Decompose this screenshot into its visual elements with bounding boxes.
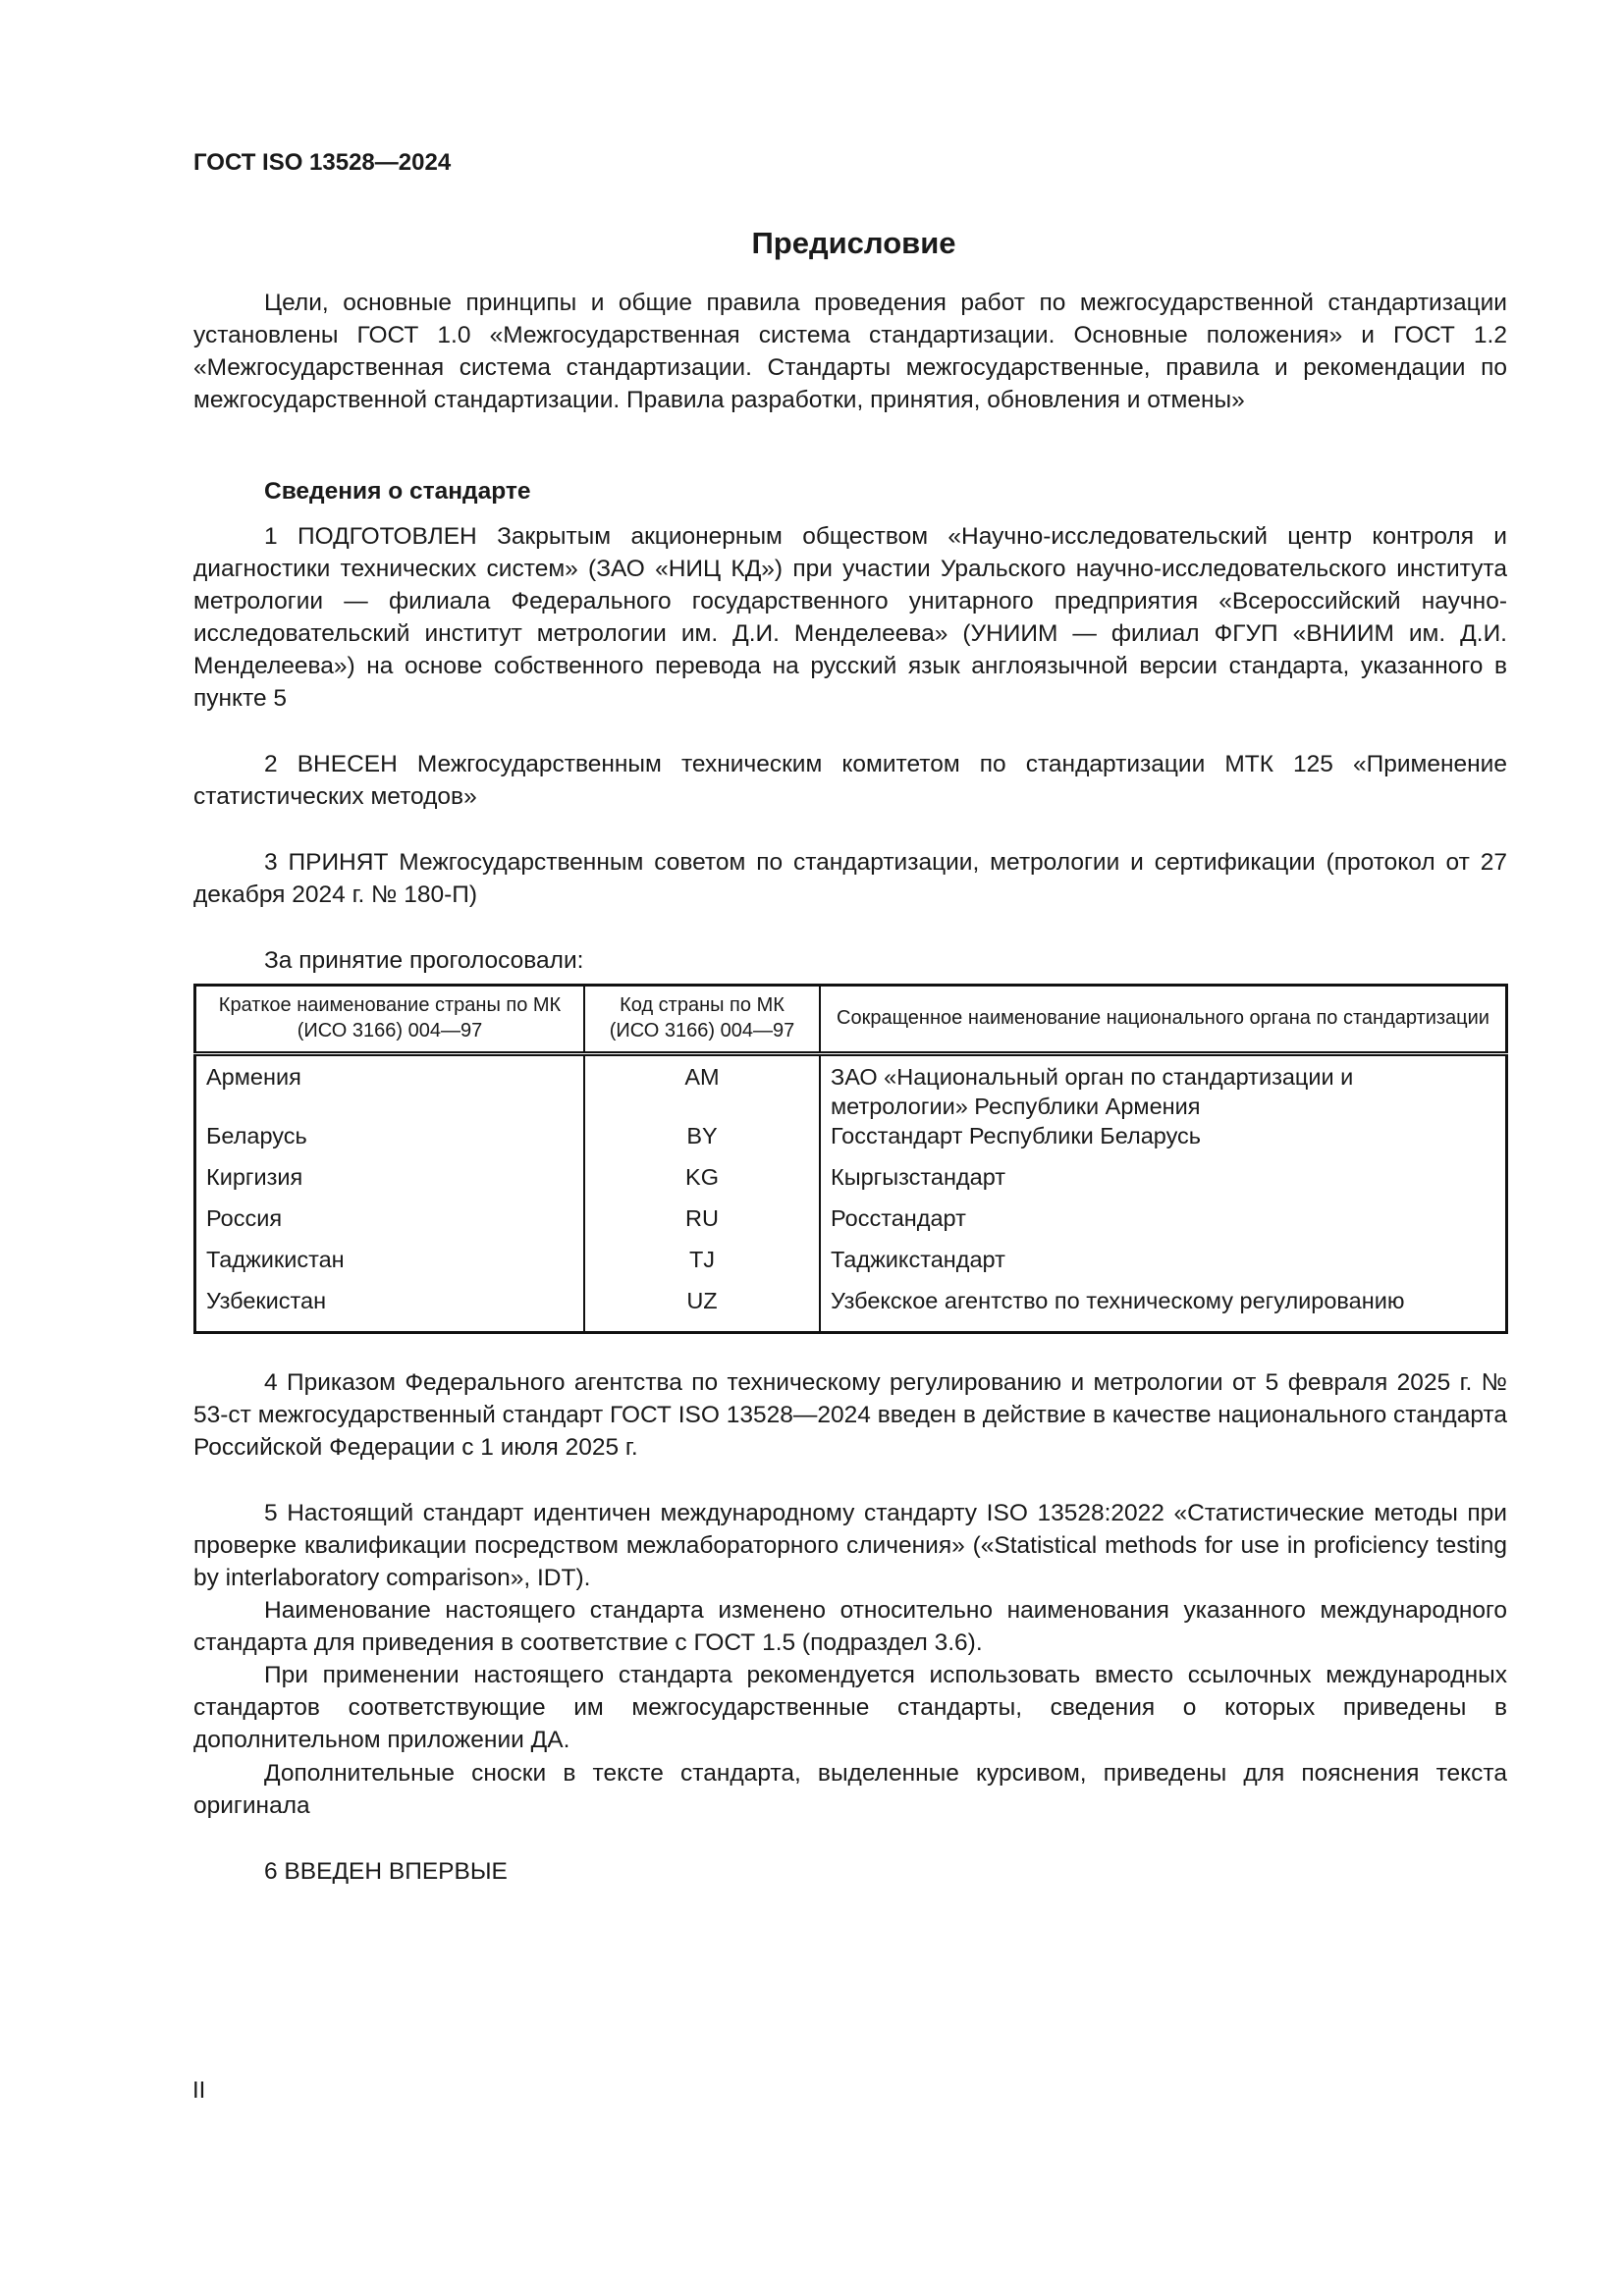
cell-country: Беларусь <box>195 1121 585 1162</box>
item-2-paragraph: 2 ВНЕСЕН Межгосударственным техническим … <box>193 748 1507 813</box>
cell-body: Узбекское агентство по техническому регу… <box>820 1286 1507 1333</box>
table-row: Армения AM ЗАО «Национальный орган по ст… <box>195 1054 1507 1122</box>
section-heading: Сведения о стандарте <box>193 475 1507 507</box>
item-5-paragraph: 5 Настоящий стандарт идентичен междунаро… <box>193 1497 1507 1594</box>
header-country-name: Краткое наименование страны по МК (ИСО 3… <box>195 986 585 1054</box>
vote-label: За принятие проголосовали: <box>193 944 1507 977</box>
item-3-paragraph: 3 ПРИНЯТ Межгосударственным советом по с… <box>193 846 1507 911</box>
voting-countries-table: Краткое наименование страны по МК (ИСО 3… <box>193 984 1508 1334</box>
cell-code: UZ <box>584 1286 820 1333</box>
cell-body: Росстандарт <box>820 1203 1507 1245</box>
table-row: Беларусь BY Госстандарт Республики Белар… <box>195 1121 1507 1162</box>
page-number: II <box>192 2077 205 2105</box>
cell-body: ЗАО «Национальный орган по стандартизаци… <box>820 1054 1507 1122</box>
cell-body: Госстандарт Республики Беларусь <box>820 1121 1507 1162</box>
cell-code: RU <box>584 1203 820 1245</box>
cell-code: BY <box>584 1121 820 1162</box>
cell-country: Россия <box>195 1203 585 1245</box>
table-row: Таджикистан TJ Таджикстандарт <box>195 1245 1507 1286</box>
cell-country: Киргизия <box>195 1162 585 1203</box>
item-5-references-note: При применении настоящего стандарта реко… <box>193 1659 1507 1756</box>
header-standards-body: Сокращенное наименование национального о… <box>820 986 1507 1054</box>
cell-code: TJ <box>584 1245 820 1286</box>
item-1-paragraph: 1 ПОДГОТОВЛЕН Закрытым акционерным общес… <box>193 520 1507 715</box>
item-4-paragraph: 4 Приказом Федерального агентства по тех… <box>193 1366 1507 1464</box>
page-title: Предисловие <box>0 226 1624 261</box>
cell-country: Узбекистан <box>195 1286 585 1333</box>
table-header-row: Краткое наименование страны по МК (ИСО 3… <box>195 986 1507 1054</box>
cell-body: Кыргызстандарт <box>820 1162 1507 1203</box>
item-6-paragraph: 6 ВВЕДЕН ВПЕРВЫЕ <box>193 1855 1507 1888</box>
cell-code: AM <box>584 1054 820 1122</box>
document-code-header: ГОСТ ISO 13528—2024 <box>193 149 451 177</box>
cell-body: Таджикстандарт <box>820 1245 1507 1286</box>
item-5-footnotes-note: Дополнительные сноски в тексте стандарта… <box>193 1757 1507 1822</box>
cell-country: Таджикистан <box>195 1245 585 1286</box>
intro-paragraph: Цели, основные принципы и общие правила … <box>193 287 1507 416</box>
table-row: Россия RU Росстандарт <box>195 1203 1507 1245</box>
table-row: Киргизия KG Кыргызстандарт <box>195 1162 1507 1203</box>
item-5-rename-note: Наименование настоящего стандарта измене… <box>193 1594 1507 1659</box>
cell-country: Армения <box>195 1054 585 1122</box>
table-row: Узбекистан UZ Узбекское агентство по тех… <box>195 1286 1507 1333</box>
header-country-code: Код страны по МК (ИСО 3166) 004—97 <box>584 986 820 1054</box>
cell-code: KG <box>584 1162 820 1203</box>
